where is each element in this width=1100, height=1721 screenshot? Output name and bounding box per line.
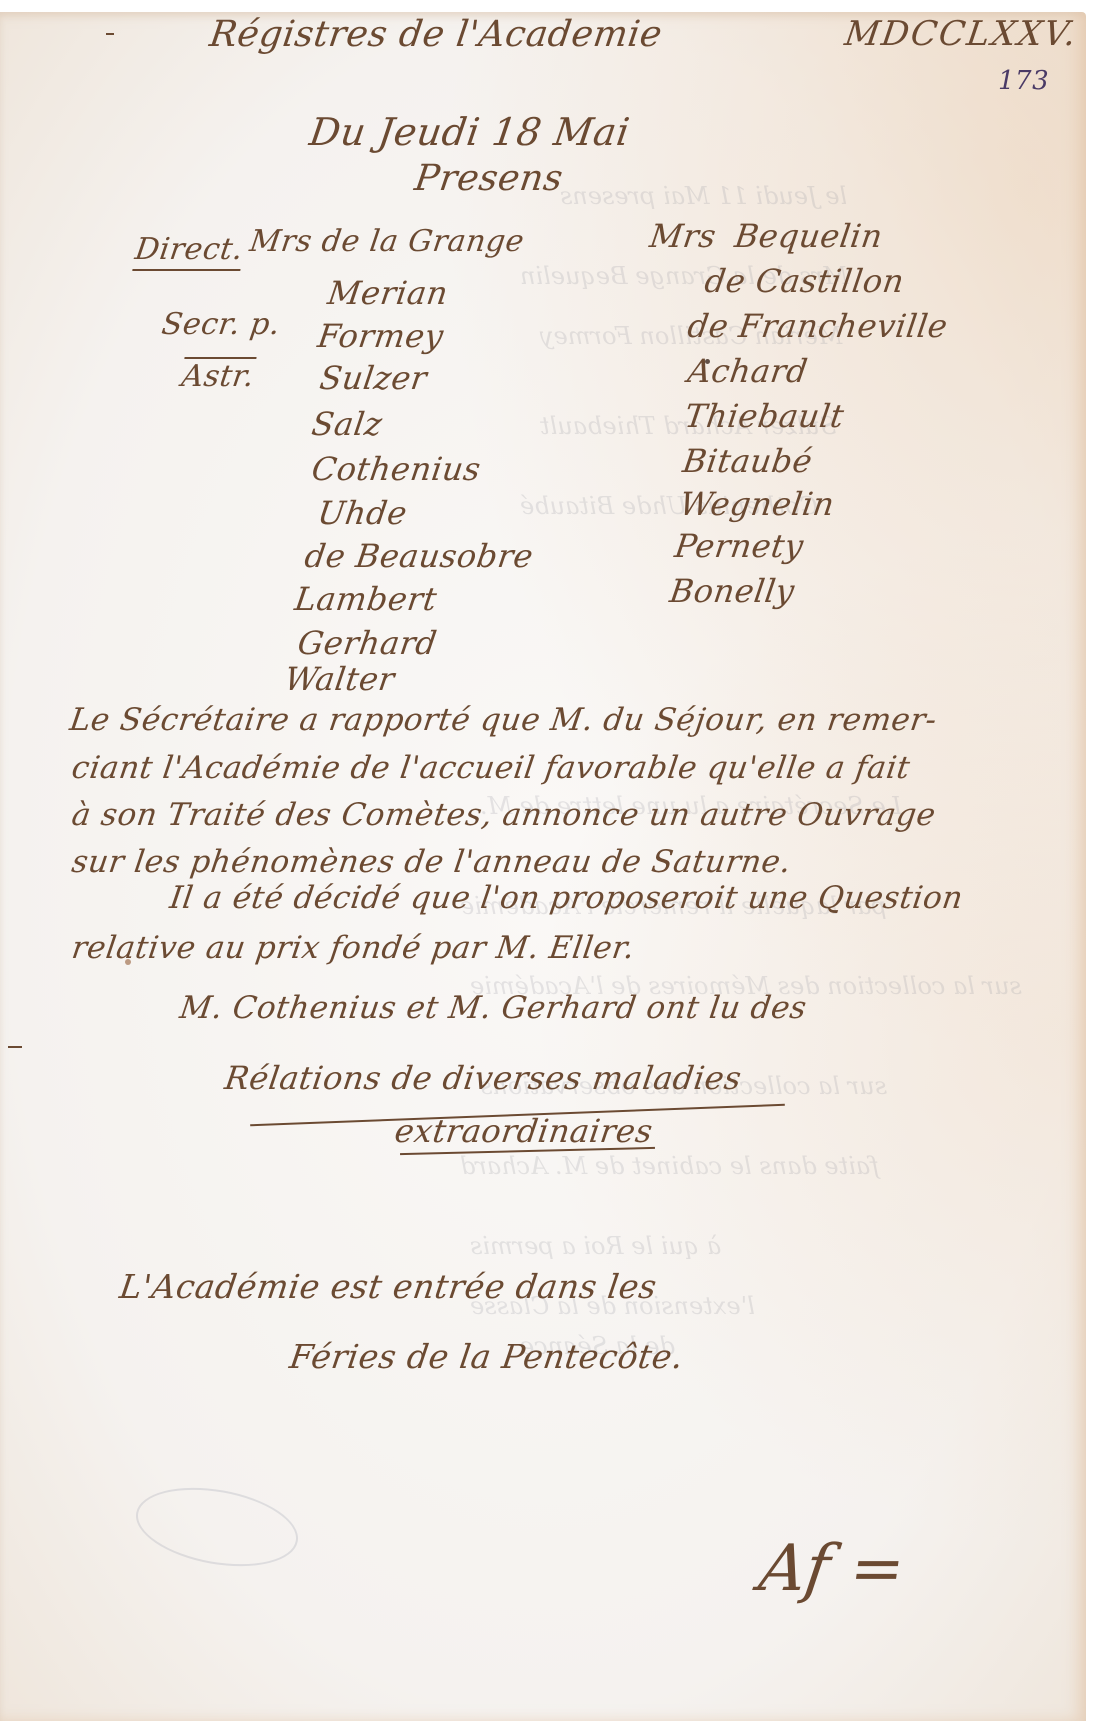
role-astronomer-label: Astr. [179,357,256,394]
minutes-line: L'Académie est entrée dans les [117,1267,659,1306]
bleed-through-text: faite dans le cabinet de M. Achard [460,1152,879,1180]
ink-spot [125,959,131,965]
role-director-label: Direct. [132,232,245,271]
minutes-line: Féries de la Pentecôte. [287,1337,686,1376]
attendee-name: Bonelly [667,572,797,610]
minutes-line: sur les phénomènes de l'anneau de Saturn… [69,844,793,880]
margin-dash [8,1046,22,1048]
attendee-name: Formey [315,317,446,355]
role-secretary-label: Secr. p. [160,307,283,342]
attendee-name: Gerhard [295,624,439,662]
attendee-name: Uhde [315,494,409,532]
manuscript-page: le Jeudi 11 Mai presens Mrs de la Grange… [0,12,1086,1721]
secretary-signature: Af = [755,1532,910,1606]
ink-spot [705,359,710,364]
pencil-mark [130,1476,304,1577]
minutes-line: à son Traité des Comètes, annonce un aut… [69,797,938,833]
attendee-name: de Beausobre [302,537,535,575]
folio-number: 173 [998,66,1049,96]
attendee-name: Salz [309,405,384,443]
session-date: Du Jeudi 18 Mai [307,110,633,154]
attendee-name: Walter [282,660,397,698]
register-title: Régistres de l'Academie [207,14,665,55]
attendee-name: de Castillon [702,262,906,300]
attendee-name: Bequelin [732,217,885,255]
bleed-through-text: à qui le Roi a permis [470,1232,721,1260]
reading-title-line: extraordinaires [392,1112,655,1150]
attendee-name: Merian [325,274,450,312]
minutes-line: M. Cothenius et M. Gerhard ont lu des [177,990,809,1026]
attendee-name: Achard [685,352,810,390]
minutes-line: Le Sécrétaire a rapporté que M. du Séjou… [67,702,939,738]
bleed-through-text: le Jeudi 11 Mai presens [560,182,847,210]
year-roman-numeral: MDCCLXXV. [842,14,1080,54]
margin-dash [106,33,114,35]
reading-title-line: Rélations de diverses maladies [222,1059,744,1097]
attendee-name: de Francheville [685,307,950,345]
attendee-name: Lambert [292,580,439,618]
attendee-name: Cothenius [309,450,483,488]
minutes-line: Il a été décidé que l'on proposeroit une… [167,880,965,916]
attendee-name: Sulzer [317,359,429,397]
attendance-left-prefix: Mrs de la Grange [248,224,527,259]
attendee-name: Wegnelin [677,485,837,523]
attendee-name: Bitaubé [680,442,815,480]
attendee-name: Thiebault [682,397,846,435]
minutes-line: relative au prix fondé par M. Eller. [69,930,637,966]
minutes-line: ciant l'Académie de l'accueil favorable … [69,750,912,786]
presence-label: Presens [412,158,565,199]
attendance-right-prefix: Mrs [647,217,718,255]
attendee-name: Pernety [672,527,806,565]
